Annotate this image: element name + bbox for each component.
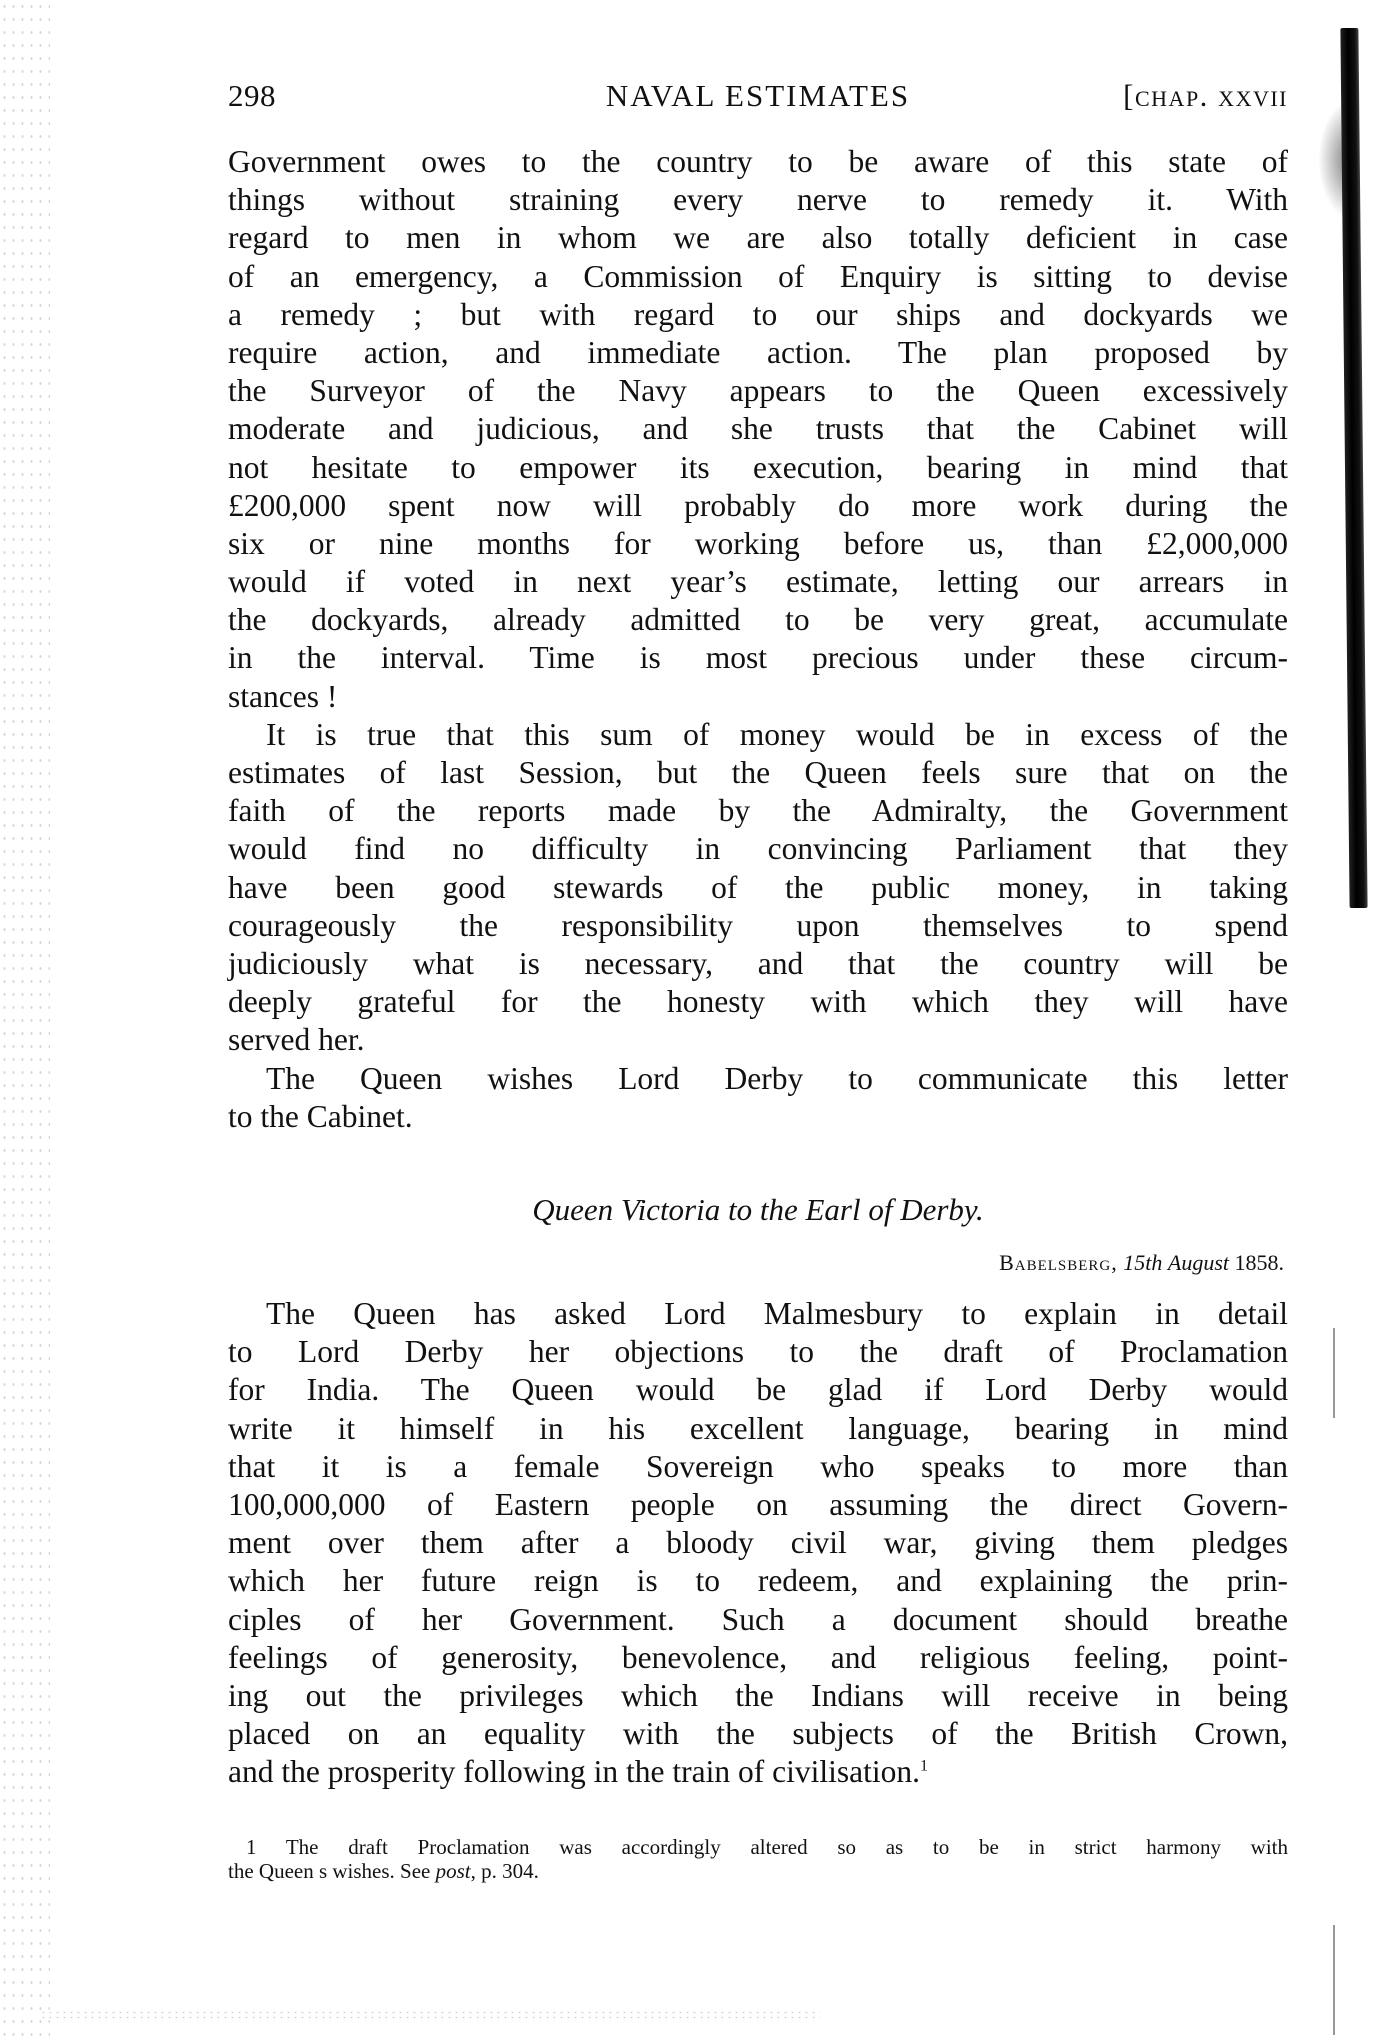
text-line-content: and the prosperity following in the trai… xyxy=(228,1754,920,1789)
text-line: 100,000,000 of Eastern people on assumin… xyxy=(228,1486,1288,1524)
footnote-text: the Queen s wishes. See xyxy=(228,1859,436,1883)
text-line: ing out the privileges which the Indians… xyxy=(228,1677,1288,1715)
text-line: the dockyards, already admitted to be ve… xyxy=(228,601,1288,639)
scan-speckle-bottom xyxy=(40,2010,820,2022)
text-line: placed on an equality with the subjects … xyxy=(228,1715,1288,1753)
text-line: that it is a female Sovereign who speaks… xyxy=(228,1448,1288,1486)
text-line: regard to men in whom we are also totall… xyxy=(228,219,1288,257)
text-line: courageously the responsibility upon the… xyxy=(228,907,1288,945)
paragraph-start: It is true that this sum of money would … xyxy=(228,716,1288,754)
letter-body: The Queen has asked Lord Malmesbury to e… xyxy=(228,1295,1288,1791)
section-body: Government owes to the country to be awa… xyxy=(228,143,1288,1136)
paragraph-start: The Queen has asked Lord Malmesbury to e… xyxy=(228,1295,1288,1333)
footnote-post-ref: post xyxy=(436,1859,471,1883)
page-binding-edge xyxy=(1340,28,1367,908)
text-line: deeply grateful for the honesty with whi… xyxy=(228,983,1288,1021)
chapter-label: [chap. xxvii xyxy=(1123,78,1288,114)
dateline-year: 1858. xyxy=(1235,1250,1285,1275)
text-line: for India. The Queen would be glad if Lo… xyxy=(228,1371,1288,1409)
dateline-month: August xyxy=(1168,1250,1229,1275)
dateline-day: 15th xyxy=(1123,1250,1162,1275)
footnote: 1 The draft Proclamation was accordingly… xyxy=(228,1835,1288,1883)
footnote-marker[interactable]: 1 xyxy=(920,1758,928,1775)
text-line: six or nine months for working before us… xyxy=(228,525,1288,563)
text-line: a remedy ; but with regard to our ships … xyxy=(228,296,1288,334)
text-line: to the Cabinet. xyxy=(228,1098,1288,1136)
text-line: faith of the reports made by the Admiral… xyxy=(228,792,1288,830)
text-line: moderate and judicious, and she trusts t… xyxy=(228,410,1288,448)
scan-artifact-line xyxy=(1333,1925,1335,2035)
dateline-place: Babelsberg, xyxy=(999,1250,1118,1275)
running-header: 298 NAVAL ESTIMATES [chap. xxvii xyxy=(228,78,1288,118)
text-line: judiciously what is necessary, and that … xyxy=(228,945,1288,983)
text-line: of an emergency, a Commission of Enquiry… xyxy=(228,258,1288,296)
letter-heading: Queen Victoria to the Earl of Derby. xyxy=(228,1192,1288,1228)
text-line: things without straining every nerve to … xyxy=(228,181,1288,219)
text-line: ciples of her Government. Such a documen… xyxy=(228,1601,1288,1639)
text-line: served her. xyxy=(228,1021,1288,1059)
text-line: ment over them after a bloody civil war,… xyxy=(228,1524,1288,1562)
letter-dateline: Babelsberg, 15th August 1858. xyxy=(999,1250,1284,1276)
text-line: which her future reign is to redeem, and… xyxy=(228,1562,1288,1600)
text-line: the Surveyor of the Navy appears to the … xyxy=(228,372,1288,410)
scan-speckle-left xyxy=(0,0,50,2040)
text-line: £200,000 spent now will probably do more… xyxy=(228,487,1288,525)
scan-artifact-line xyxy=(1333,1328,1335,1418)
text-line: feelings of generosity, benevolence, and… xyxy=(228,1639,1288,1677)
text-line: have been good stewards of the public mo… xyxy=(228,869,1288,907)
footnote-line: the Queen s wishes. See post, p. 304. xyxy=(228,1859,1288,1883)
text-line: stances ! xyxy=(228,678,1288,716)
text-line: require action, and immediate action. Th… xyxy=(228,334,1288,372)
paragraph-start: The Queen wishes Lord Derby to communica… xyxy=(228,1060,1288,1098)
text-line: would find no difficulty in convincing P… xyxy=(228,830,1288,868)
text-line: in the interval. Time is most precious u… xyxy=(228,639,1288,677)
text-line: and the prosperity following in the trai… xyxy=(228,1753,1288,1791)
text-line: not hesitate to empower its execution, b… xyxy=(228,449,1288,487)
text-line: Government owes to the country to be awa… xyxy=(228,143,1288,181)
text-line: estimates of last Session, but the Queen… xyxy=(228,754,1288,792)
text-line: write it himself in his excellent langua… xyxy=(228,1410,1288,1448)
text-line: to Lord Derby her objections to the draf… xyxy=(228,1333,1288,1371)
text-line: would if voted in next year’s estimate, … xyxy=(228,563,1288,601)
footnote-page-ref: , p. 304. xyxy=(471,1859,539,1883)
footnote-line: 1 The draft Proclamation was accordingly… xyxy=(228,1835,1288,1859)
